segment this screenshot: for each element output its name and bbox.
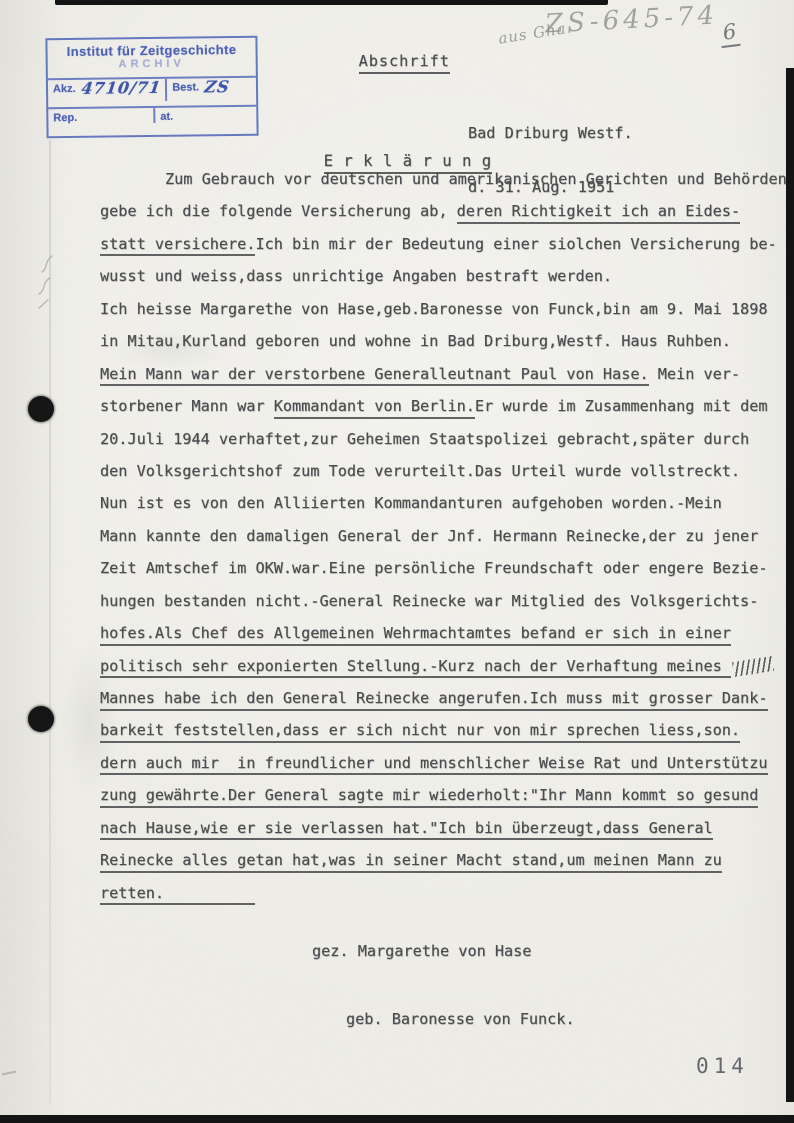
folio-number: 014 [696, 1054, 749, 1078]
signature-line-1: gez. Margarethe von Hase [312, 942, 575, 960]
signature-block: gez. Margarethe von Hase geb. Baronesse … [312, 906, 575, 1064]
typed-line: Mein Mann war der verstorbene Generalleu… [100, 365, 794, 397]
hole-punch-dot [28, 706, 54, 732]
scan-edge-right [786, 68, 794, 1102]
typed-line: Zeit Amtschef im OKW.war.Eine persönlich… [100, 559, 794, 591]
scan-edge-bottom [0, 1115, 794, 1123]
stamp-institution: Institut für Zeitgeschichte [47, 38, 255, 60]
typed-line: Mannes habe ich den General Reinecke ang… [100, 689, 794, 721]
typed-line: wusst und weiss,dass unrichtige Angaben … [100, 267, 794, 299]
stamp-field-value-handwritten: ZS [204, 77, 232, 96]
typed-line: 20.Juli 1944 verhaftet,zur Geheimen Staa… [100, 430, 794, 462]
signature-line-2: geb. Baronesse von Funck. [346, 1010, 575, 1028]
typed-line: Reinecke alles getan hat,was in seiner M… [100, 851, 794, 883]
stamp-field-at: at. [155, 107, 256, 123]
archive-stamp: Institut für Zeitgeschichte ARCHIV Akz. … [45, 36, 258, 139]
typed-line: hungen bestanden nicht.-General Reinecke… [100, 592, 794, 624]
stamp-row: Akz. 4710/71 Best. ZS [48, 78, 256, 110]
doc-type-heading: Abschrift [359, 52, 450, 74]
stamp-field-label: Akz. [53, 83, 76, 95]
typed-line: den Volksgerichtshof zum Tode verurteilt… [100, 462, 794, 494]
typed-line: hofes.Als Chef des Allgemeinen Wehrmacht… [100, 624, 794, 656]
stamp-header: Institut für Zeitgeschichte ARCHIV [47, 38, 255, 81]
stamp-field-rep: Rep. [48, 108, 155, 124]
crossout-scribble [732, 656, 774, 677]
stamp-field-value-handwritten: 4710/71 [80, 78, 162, 98]
pencil-page-number: 6 [718, 19, 741, 48]
typed-line: retten. [100, 884, 794, 916]
doc-type-heading-wrap: Abschrift [318, 34, 450, 88]
stamp-field-best: Best. ZS [167, 78, 256, 101]
stamp-row: Rep. at. [48, 107, 256, 137]
stamp-field-akz: Akz. 4710/71 [48, 79, 168, 102]
typed-line: dern auch mir in freundlicher und mensch… [100, 754, 794, 786]
scanned-document-page: Institut für Zeitgeschichte ARCHIV Akz. … [0, 0, 794, 1123]
typed-line: Nun ist es von den Alliierten Kommandant… [100, 494, 794, 526]
pencil-stray-mark [2, 1038, 16, 1108]
typed-line: in Mitau,Kurland geboren und wohne in Ba… [100, 332, 794, 364]
typed-line: gebe ich die folgende Versicherung ab, d… [100, 202, 794, 234]
pencil-note: aus Gha. [497, 18, 573, 47]
typed-line: politisch sehr exponierten Stellung.-Kur… [100, 657, 794, 689]
typed-line: zung gewährte.Der General sagte mir wied… [100, 786, 794, 818]
stamp-field-label: Rep. [53, 112, 77, 124]
typed-line: statt versichere.Ich bin mir der Bedeutu… [100, 235, 794, 267]
pencil-squiggle [32, 252, 62, 312]
typed-body: Zum Gebrauch vor deutschen und amerikani… [100, 170, 794, 916]
typed-line: Mann kannte den damaligen General der Jn… [100, 527, 794, 559]
typed-line: nach Hause,wie er sie verlassen hat."Ich… [100, 819, 794, 851]
typed-line: storbener Mann war Kommandant von Berlin… [100, 397, 794, 429]
scan-edge-top [55, 0, 608, 5]
typed-line: Zum Gebrauch vor deutschen und amerikani… [100, 170, 794, 202]
hole-punch-dot [28, 396, 54, 422]
stamp-field-label: at. [160, 111, 173, 123]
typed-line: barkeit feststellen,dass er sich nicht n… [100, 721, 794, 753]
stamp-archiv-label: ARCHIV [48, 57, 256, 72]
stamp-field-label: Best. [172, 81, 199, 93]
place-line: Bad Driburg Westf. [468, 124, 633, 142]
typed-line: Ich heisse Margarethe von Hase,geb.Baron… [100, 300, 794, 332]
